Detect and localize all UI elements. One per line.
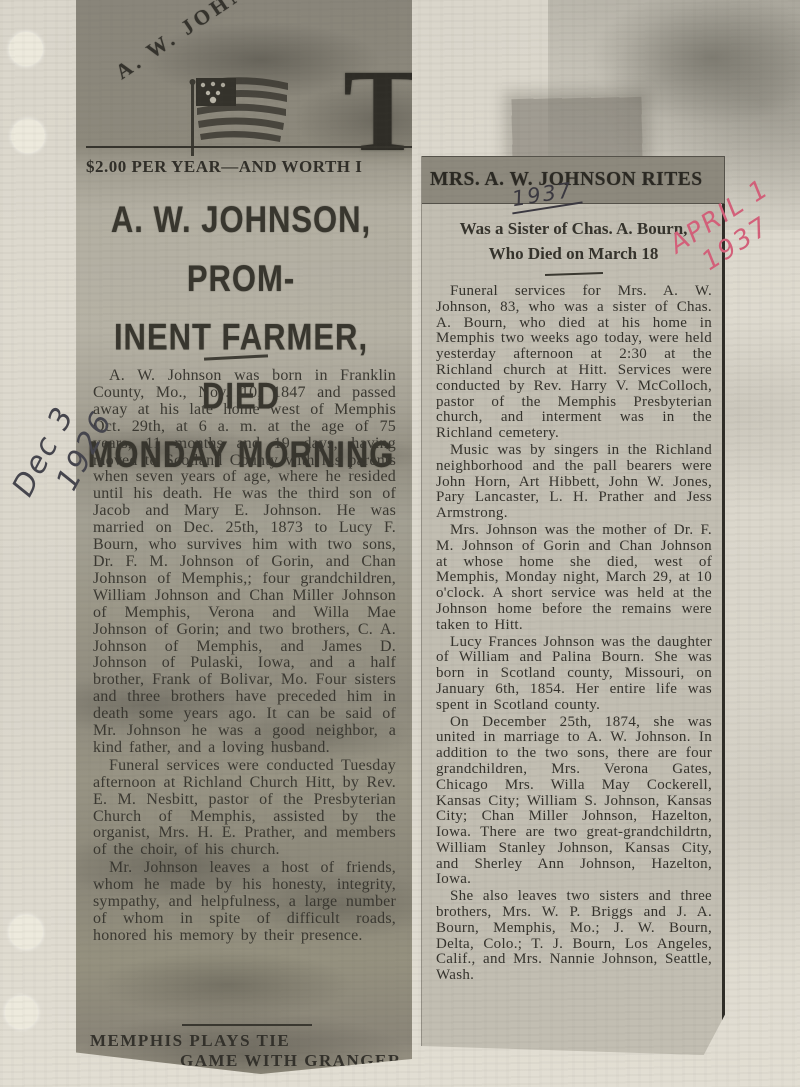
- paragraph: Lucy Frances Johnson was the daughter of…: [436, 635, 712, 714]
- paragraph: Funeral services were conducted Tuesday …: [93, 758, 396, 859]
- left-article-body: A. W. Johnson was born in Franklin Count…: [93, 368, 396, 946]
- right-newspaper-clipping: MRS. A. W. JOHNSON RITES 1937 Was a Sist…: [421, 156, 725, 1055]
- paragraph: Mrs. Johnson was the mother of Dr. F. M.…: [436, 523, 712, 634]
- section-divider: [544, 272, 602, 276]
- hole-punch: [5, 996, 38, 1029]
- next-article-title: GAME WITH GRANGER: [180, 1051, 402, 1071]
- hole-punch: [11, 119, 45, 153]
- next-article-title: MEMPHIS PLAYS TIE: [90, 1031, 290, 1051]
- paragraph: She also leaves two sisters and three br…: [436, 889, 712, 984]
- paragraph: A. W. Johnson was born in Franklin Count…: [93, 368, 396, 757]
- section-divider: [182, 1024, 312, 1026]
- photocopy-page: A. W. JOHNSON T $2.00 PER YEAR—AND WORTH…: [0, 0, 800, 1087]
- right-article-body: Funeral services for Mrs. A. W. Johnson,…: [422, 284, 725, 984]
- clipping-border: [722, 194, 725, 1023]
- hole-punch: [9, 32, 43, 66]
- hole-punch: [9, 915, 43, 949]
- paragraph: Funeral services for Mrs. A. W. Johnson,…: [436, 284, 712, 442]
- left-newspaper-clipping: A. W. JOHNSON T $2.00 PER YEAR—AND WORTH…: [76, 0, 412, 1074]
- headline-line: A. W. JOHNSON, PROM-: [76, 190, 406, 308]
- paragraph: On December 25th, 1874, she was united i…: [436, 715, 712, 889]
- paragraph: Mr. Johnson leaves a host of friends, wh…: [93, 860, 396, 945]
- paragraph: Music was by singers in the Richland nei…: [436, 443, 712, 522]
- subscription-banner: $2.00 PER YEAR—AND WORTH I: [86, 146, 412, 177]
- tape-mark: [511, 97, 642, 161]
